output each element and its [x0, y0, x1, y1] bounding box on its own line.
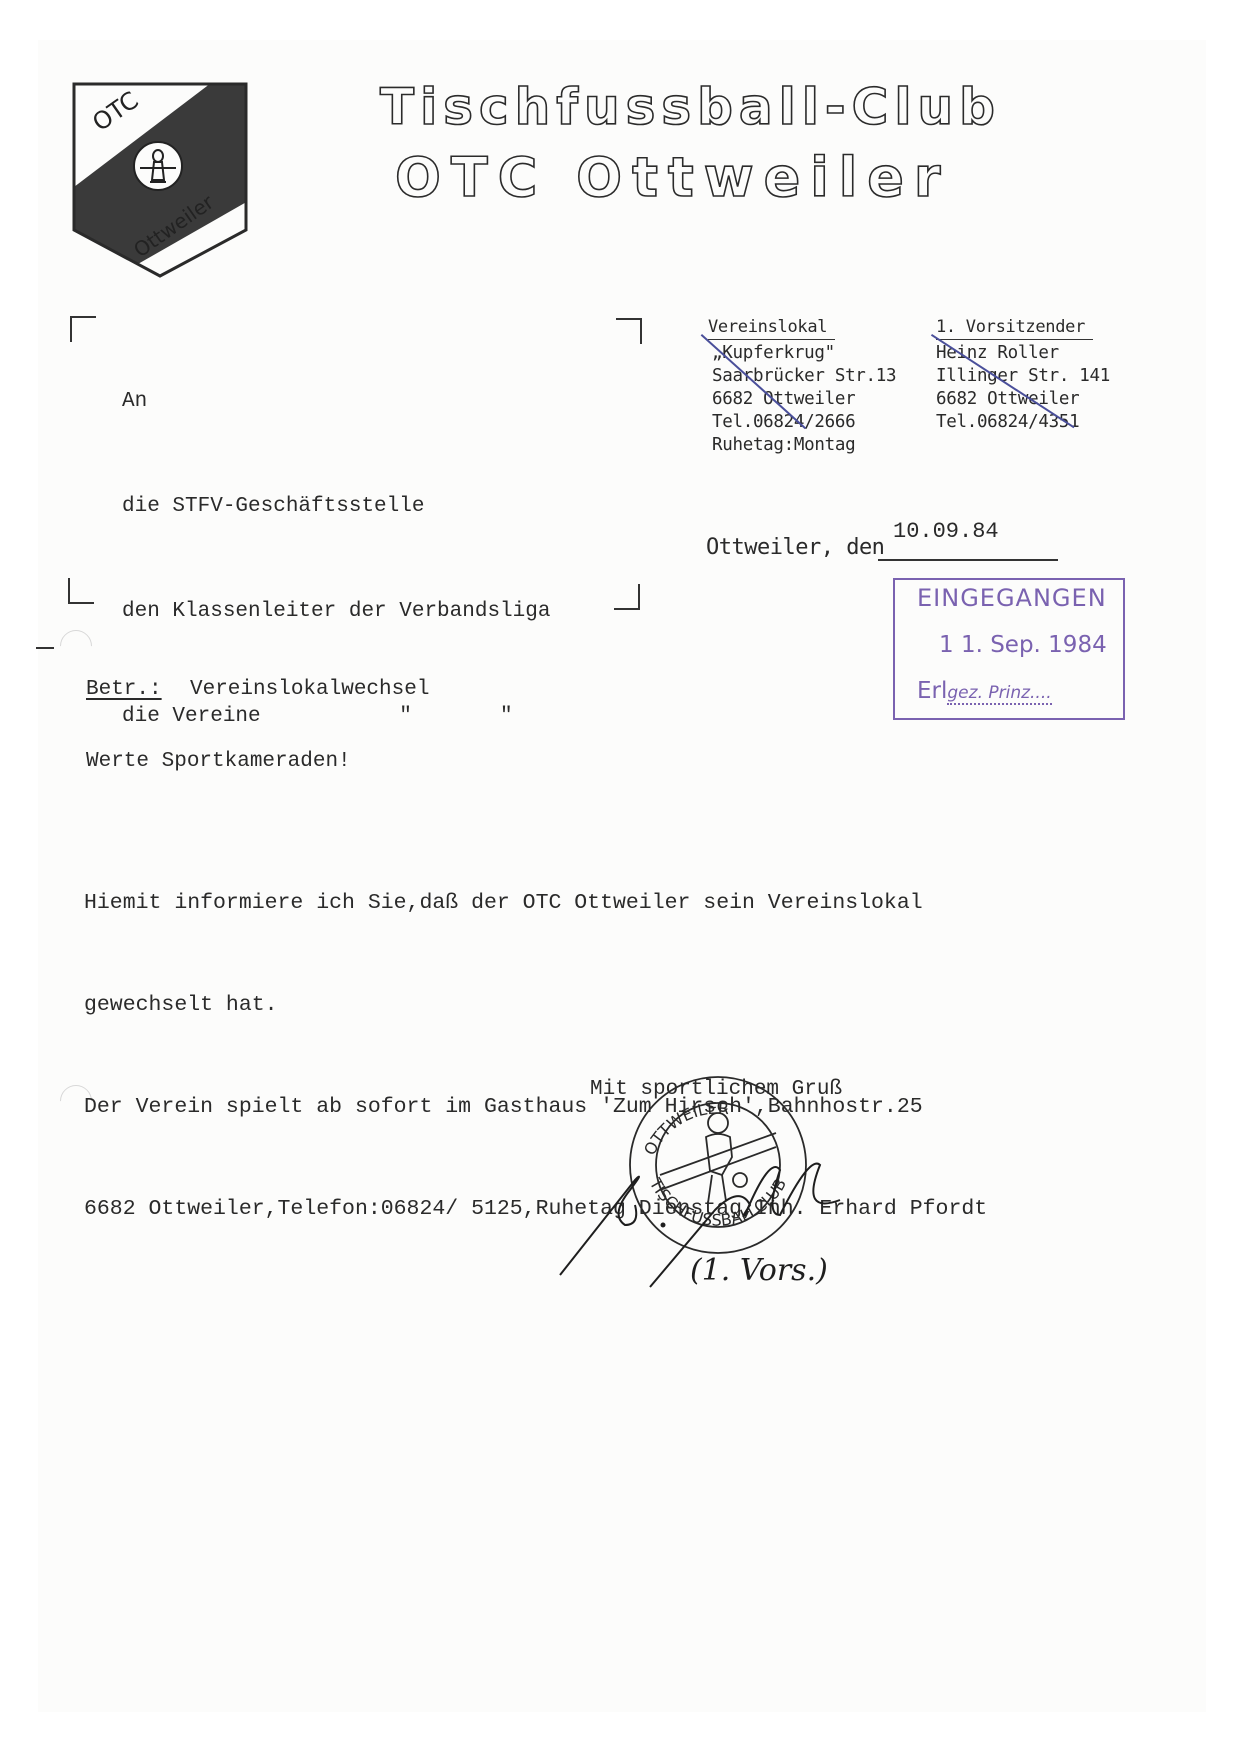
- club-venue-block: Vereinslokal „Kupferkrug" Saarbrücker St…: [708, 316, 896, 457]
- salutation: Werte Sportkameraden!: [86, 750, 351, 773]
- club-seal-and-signature: OTTWEILER TISCHFUSSBALLCLUB (1. Vors.): [540, 1075, 880, 1315]
- stamp-date: 1 1. Sep. 1984: [939, 632, 1107, 658]
- address-window-corner: [70, 316, 96, 342]
- body-line: gewechselt hat.: [84, 988, 987, 1022]
- chairman-heading: 1. Vorsitzender: [936, 316, 1093, 340]
- letterhead-subtitle: OTC Ottweiler: [395, 146, 951, 209]
- svg-text:(1. Vors.): (1. Vors.): [690, 1253, 828, 1288]
- club-venue-line: Ruhetag:Montag: [712, 434, 896, 457]
- subject-label: Betr.:: [86, 678, 162, 701]
- club-venue-heading: Vereinslokal: [708, 316, 835, 340]
- body-line: Hiemit informiere ich Sie,daß der OTC Ot…: [84, 886, 987, 920]
- received-stamp: EINGEGANGEN 1 1. Sep. 1984 Erlgez. Prinz…: [893, 578, 1125, 720]
- address-window-corner: [614, 584, 640, 610]
- club-venue-line: „Kupferkrug": [712, 342, 896, 365]
- club-venue-line: 6682 Ottweiler: [712, 388, 896, 411]
- fold-mark: [36, 647, 54, 649]
- date-underline: [878, 559, 1058, 561]
- svg-text:TISCHFUSSBALLCLUB: TISCHFUSSBALLCLUB: [645, 1174, 790, 1230]
- svg-text:OTTWEILER: OTTWEILER: [640, 1098, 730, 1158]
- address-window-corner: [616, 318, 642, 344]
- stamp-title: EINGEGANGEN: [917, 584, 1107, 612]
- date-value: 10.09.84: [893, 519, 999, 544]
- letterhead-title: Tischfussball-Club: [380, 78, 1001, 136]
- club-logo-icon: OTC Ottweiler: [70, 80, 250, 280]
- chairman-line: 6682 Ottweiler: [936, 388, 1110, 411]
- recipient-line: An: [122, 384, 550, 419]
- recipient-line: die Vereine " ": [122, 699, 550, 734]
- club-venue-line: Tel.06824/2666: [712, 411, 896, 434]
- chairman-line: Illinger Str. 141: [936, 365, 1110, 388]
- recipient-line: den Klassenleiter der Verbandsliga: [122, 594, 550, 629]
- subject-text: Vereinslokalwechsel: [190, 678, 429, 701]
- address-window-corner: [68, 578, 94, 604]
- chairman-block: 1. Vorsitzender Heinz Roller Illinger St…: [936, 316, 1110, 434]
- recipient-line: die STFV-Geschäftsstelle: [122, 489, 550, 524]
- stamp-note: Erlgez. Prinz....: [917, 678, 1052, 704]
- date-label: Ottweiler, den: [706, 535, 884, 560]
- chairman-line: Tel.06824/4351: [936, 411, 1110, 434]
